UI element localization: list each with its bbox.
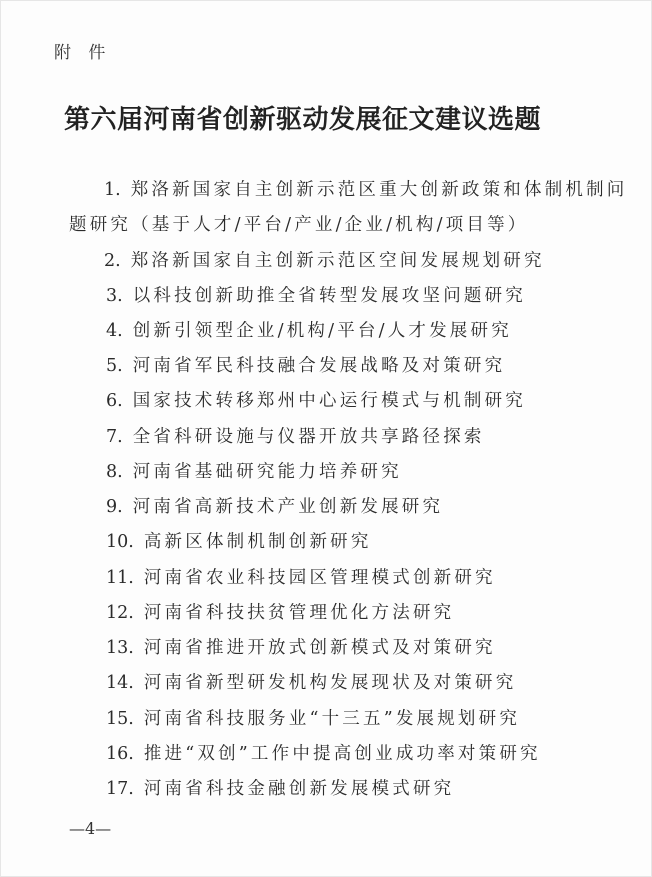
list-item: 12.河南省科技扶贫管理优化方法研究 [106, 599, 454, 624]
list-item: 10.高新区体制机制创新研究 [106, 528, 372, 553]
list-item: 2.郑洛新国家自主创新示范区空间发展规划研究 [104, 247, 545, 272]
list-item: 3.以科技创新助推全省转型发展攻坚问题研究 [106, 282, 526, 307]
list-item: 14.河南省新型研发机构发展现状及对策研究 [106, 669, 516, 694]
list-item: 6.国家技术转移郑州中心运行模式与机制研究 [106, 387, 526, 412]
list-item-continuation: 题研究（基于人才/平台/产业/企业/机构/项目等） [69, 211, 528, 236]
list-item: 11.河南省农业科技园区管理模式创新研究 [106, 564, 496, 589]
page-number: —4— [69, 819, 111, 838]
list-item: 13.河南省推进开放式创新模式及对策研究 [106, 634, 496, 659]
list-item: 9.河南省高新技术产业创新发展研究 [106, 493, 443, 518]
attachment-label: 附 件 [54, 38, 111, 63]
list-item: 5.河南省军民科技融合发展战略及对策研究 [106, 352, 505, 377]
list-item: 15.河南省科技服务业“十三五”发展规划研究 [106, 705, 520, 730]
list-item: 7.全省科研设施与仪器开放共享路径探索 [106, 423, 485, 448]
list-item: 1.郑洛新国家自主创新示范区重大创新政策和体制机制问 [104, 176, 628, 201]
list-item: 17.河南省科技金融创新发展模式研究 [106, 775, 454, 800]
document-title: 第六届河南省创新驱动发展征文建议选题 [64, 99, 541, 136]
list-item: 8.河南省基础研究能力培养研究 [106, 458, 402, 483]
document-page: 附 件 第六届河南省创新驱动发展征文建议选题 1.郑洛新国家自主创新示范区重大创… [0, 0, 652, 877]
list-item: 4.创新引领型企业/机构/平台/人才发展研究 [106, 317, 512, 342]
list-item: 16.推进“双创”工作中提高创业成功率对策研究 [106, 740, 541, 765]
